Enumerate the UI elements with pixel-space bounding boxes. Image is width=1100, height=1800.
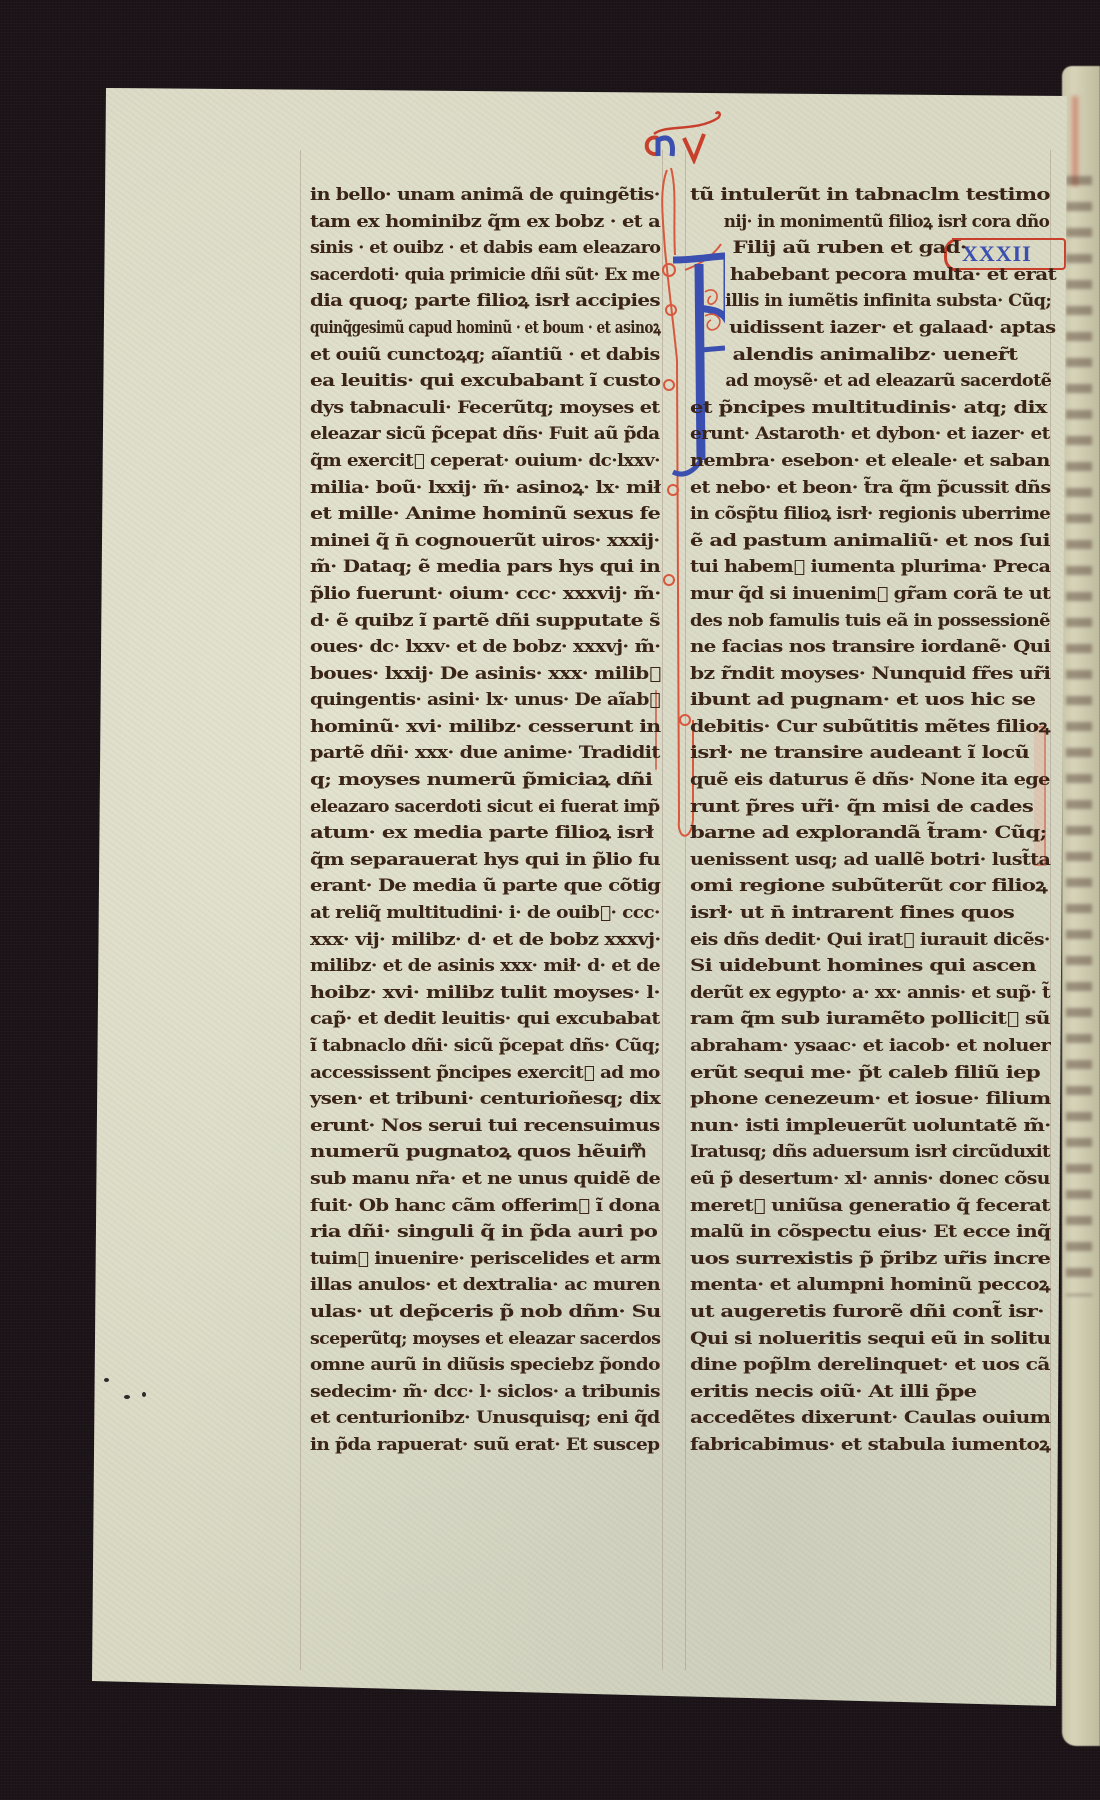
manuscript-line: eritis necis oiũ· At illi p̃pe [690,1379,976,1406]
ruling-line-left [300,150,301,1670]
manuscript-line: et centurionibz· Unusquisq; eni q̃d [310,1405,660,1432]
manuscript-line: d· ẽ quibz ĩ partẽ dñi supputate s̃ [310,608,660,635]
manuscript-line: in p̃da rapuerat· suũ erat· Et suscep [310,1432,660,1459]
manuscript-line: eleazar sicũ p̃cepat dñs· Fuit aũ p̃da [310,421,660,448]
manuscript-line: p̃lio fuerunt· oium· ccc· xxxvij· m̃· [310,581,660,608]
manuscript-line: partẽ dñi· xxx· due anime· Tradidit [310,740,660,767]
manuscript-line: debitis· Cur subũtitis mẽtes filioꝝ [690,714,1050,741]
manuscript-line: erũt sequi me· p̃t caleb filiũ iep [690,1060,1040,1087]
manuscript-line: accessissent p̃ncipes exercit᷑ ad mo [310,1060,660,1087]
manuscript-line: in cõsp̃tu filioꝝ isrł· regionis uberrim… [690,501,1050,528]
manuscript-line: Qui si nolueritis sequi eũ in solitu [690,1326,1050,1353]
manuscript-line: quingentis· asini· lx· unus· De aĩab᷑ [310,687,660,714]
manuscript-line: ibunt ad pugnam· et uos hic se [690,687,1035,714]
manuscript-line: sub manu nr̃a· et ne unus quidẽ de [310,1166,660,1193]
manuscript-line: boues· lxxij· De asinis· xxx· milib᷑ [310,661,660,688]
manuscript-line: ysen· et tribuni· centurioñesq; dix [310,1086,660,1113]
manuscript-line: ria dñi· singuli q̃ in p̃da auri po [310,1219,658,1246]
manuscript-line: ea leuitis· qui excubabant ĩ custo [310,368,660,395]
manuscript-line: ne facias nos transire iordanẽ· Qui [690,634,1050,661]
manuscript-line: et p̃ncipes multitudinis· atq; dix [690,395,1046,422]
svg-text:NV: NV [646,153,648,155]
adjacent-page-text [1066,176,1092,1296]
manuscript-line: eis dñs dedit· Qui irat᷑ iurauit dicẽs· [690,927,1050,954]
text-column-right: tũ intulerũt in tabnaclm testimonij· in … [690,182,1050,1459]
manuscript-line: Si uidebunt homines qui ascen [690,953,1036,980]
svg-text:F: F [655,160,656,161]
manuscript-line: des nob famulis tuis eã in possessionẽ [690,608,1050,635]
manuscript-line: ad moysẽ· et ad eleazarũ sacerdotẽ [690,368,1087,395]
manuscript-line: barne ad explorandã t̃ram· Cũq; [690,820,1046,847]
manuscript-line: uos surrexistis p̃ p̃ribz ur̃is incre [690,1246,1050,1273]
manuscript-line: mur q̃d si inuenim᷑ gr̃am corã te ut [690,581,1050,608]
manuscript-line: milibz· et de asinis xxx· mił· d· et de [310,953,660,980]
manuscript-line: ut augeretis furorẽ dñi cont̃ isr· [690,1299,1044,1326]
adjacent-page-edge [1062,66,1100,1746]
manuscript-line: oues· dc· lxxv· et de bobz· xxxvj· m̃· [310,634,660,661]
manuscript-line: q̃m exercit᷑ ceperat· ouium· dc·lxxv· [310,448,660,475]
manuscript-line: bz r̃ndit moyses· Nunquid fr̃es ur̃i [690,661,1050,688]
manuscript-line: tũ intulerũt in tabnaclm testimo [690,182,1050,209]
manuscript-line: hominũ· xvi· milibz· cesserunt in [310,714,660,741]
manuscript-line: q̃m separauerat hys qui in p̃lio fu [310,847,660,874]
manuscript-line: in bello· unam animã de quingẽtis· [310,182,660,209]
manuscript-line: ram q̃m sub iuramẽto pollicit᷑ sũ [690,1006,1050,1033]
ink-speck [104,1378,109,1382]
manuscript-line: erunt· Astaroth· et dybon· et iazer· et [690,421,1050,448]
manuscript-line: eleazaro sacerdoti sicut ei fuerat imp̃ [310,794,660,821]
manuscript-line: cap̃· et dedit leuitis· qui excubabat [310,1006,660,1033]
manuscript-line: omne aurũ in diũsis speciebz p̃ondo [310,1352,660,1379]
manuscript-line: quẽ eis daturus ẽ dñs· None ita ege [690,767,1050,794]
manuscript-line: et nebo· et beon· t̃ra q̃m p̃cussit dñs [690,475,1050,502]
manuscript-line: sedecim· m̃· dcc· l· siclos· a tribunis [310,1379,660,1406]
manuscript-line: et ouiũ cunctoꝝq; aĩantiũ · et dabis [310,342,660,369]
manuscript-line: tam ex hominibz q̃m ex bobz · et a [310,209,660,236]
manuscript-line: omi regione subũterũt cor filioꝝ [690,873,1046,900]
manuscript-line: et mille· Anime hominũ sexus fe [310,501,660,528]
manuscript-line: habebant pecora multa· et erat [690,262,1096,289]
manuscript-line: nun· isti impleuerũt uoluntatẽ m̃· [690,1113,1050,1140]
manuscript-line: illis in iumẽtis infinita substa· Cũq; [690,288,1086,315]
manuscript-line: numerũ pugnatoꝝ quos hẽuim᷑ [310,1139,646,1166]
manuscript-line: dine pop̃lm derelinquet· et uos cã [690,1352,1050,1379]
manuscript-line: ulas· ut dep̃ceris p̃ nob dñm· Su [310,1299,660,1326]
manuscript-line: m̃· Dataq; ẽ media pars hys qui in [310,554,660,581]
manuscript-line: erant· De media ũ parte que cõtig [310,873,660,900]
manuscript-line: isrł· ut n̄ intrarent fines quos [690,900,1014,927]
adjacent-page-rubric [1072,96,1078,186]
manuscript-line: fabricabimus· et stabula iumentoꝝ [690,1432,1050,1459]
manuscript-line: menta· et alumpni hominũ peccoꝝ [690,1272,1050,1299]
ink-speck [142,1392,146,1397]
manuscript-line: hoibz· xvi· milibz tulit moyses· l· [310,980,660,1007]
manuscript-line: tui habem᷑ iumenta plurima· Preca [690,554,1050,581]
manuscript-line: ĩ tabnaclo dñi· sicũ p̃cepat dñs· Cũq; [310,1033,660,1060]
manuscript-line: Filij aũ ruben et gad· [690,235,1009,262]
running-header: NV [636,104,726,164]
manuscript-line: runt p̃res ur̃i· q̃n misi de cades [690,794,1033,821]
manuscript-line: derũt ex egypto· a· xx· annis· et sup̃· … [690,980,1050,1007]
manuscript-line: illas anulos· et dextralia· ac muren [310,1272,660,1299]
manuscript-line: accedẽtes dixerunt· Caulas ouium [690,1405,1050,1432]
manuscript-line: ẽ ad pastum animaliũ· et nos ſui [690,528,1050,555]
manuscript-line: phone cenezeum· et iosue· filium [690,1086,1050,1113]
manuscript-line: meret᷑ uniũsa generatio q̃ fecerat [690,1193,1050,1220]
manuscript-line: dys tabnaculi· Fecerũtq; moyses et [310,395,660,422]
manuscript-line: nij· in monimentũ filioꝝ isrł cora dño [690,209,1083,236]
text-column-left: in bello· unam animã de quingẽtis·tam ex… [310,182,660,1459]
manuscript-line: erunt· Nos serui tui recensuimus [310,1113,660,1140]
manuscript-line: at reliq̃ multitudini· i· de ouib᷑· ccc· [310,900,660,927]
manuscript-line: eũ p̃ desertum· xl· annis· donec cõsu [690,1166,1050,1193]
manuscript-line: nembra· esebon· et eleale· et saban [690,448,1050,475]
manuscript-line: abraham· ysaac· et iacob· et noluer [690,1033,1050,1060]
manuscript-line: fuit· Ob hanc cãm offerim᷑ ĩ dona [310,1193,660,1220]
manuscript-line: alendis animalibz· uener̃t [690,342,1060,369]
manuscript-line: minei q̃ n̄ cognouerũt uiros· xxxij· [310,528,660,555]
manuscript-folio: NV F XXXII in be [0,0,1100,1800]
manuscript-line: dia quoq; parte filioꝝ isrł accipies [310,288,660,315]
manuscript-line: q; moyses numerũ p̃miciaꝝ dñi [310,767,653,794]
manuscript-line: tuim᷑ inuenire· periscelides et arm [310,1246,660,1273]
manuscript-line: xxx· vij· milibz· d· et de bobz xxxvj· [310,927,660,954]
manuscript-line: quinq̃gesimũ capud hominũ · et boum · et… [310,315,660,342]
manuscript-line: malũ in cõspectu eius· Et ecce inq̃ [690,1219,1050,1246]
manuscript-line: Iratusq; dñs aduersum isrł circũduxit [690,1139,1050,1166]
manuscript-line: uenissent usq; ad uallẽ botri· lust̃ta [690,847,1050,874]
running-header-nv-icon: NV [636,104,726,164]
ink-speck [124,1395,130,1399]
manuscript-line: isrł· ne transire audeant ĩ locũ [690,740,1029,767]
manuscript-line: sinis · et ouibz · et dabis eam eleazaro [310,235,660,262]
manuscript-line: sacerdoti· quia primicie dñi sũt· Ex me [310,262,660,289]
manuscript-line: uidissent iazer· et galaad· aptas [690,315,1094,342]
manuscript-line: sceperũtq; moyses et eleazar sacerdos [310,1326,660,1353]
manuscript-line: milia· boũ· lxxij· m̃· asinoꝝ· lx· mił [310,475,660,502]
manuscript-line: atum· ex media parte filioꝝ isrł [310,820,654,847]
